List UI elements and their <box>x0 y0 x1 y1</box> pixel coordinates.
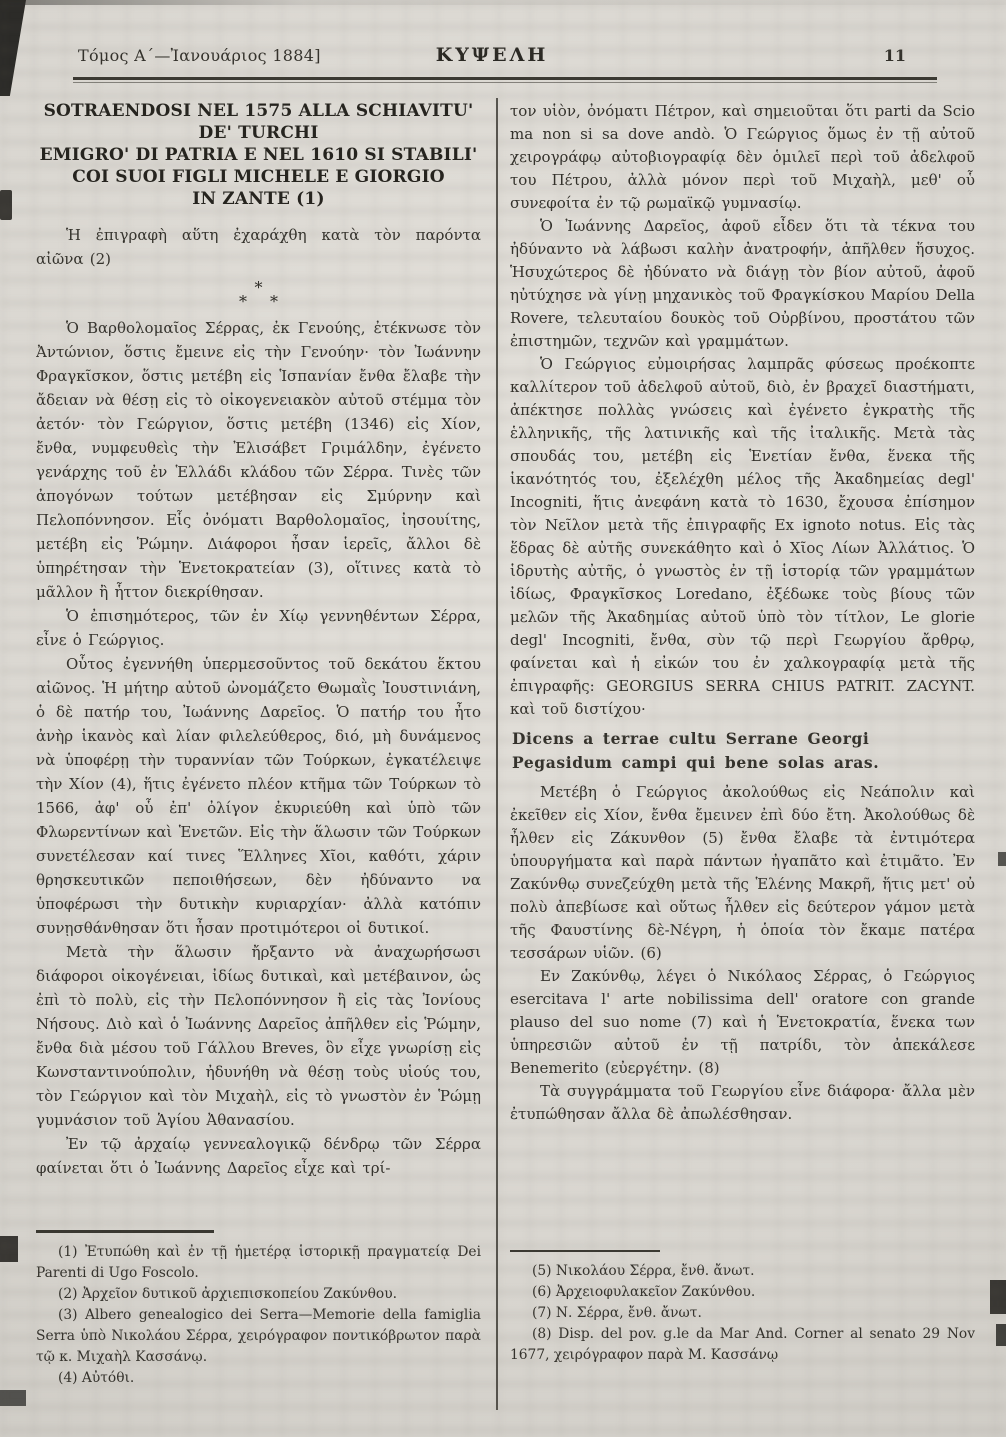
column-divider-rule <box>496 98 498 1410</box>
left-paragraph-4: Μετὰ τὴν ἅλωσιν ἤρξαντο νὰ ἀναχωρήσωσι δ… <box>36 940 481 1132</box>
left-footnotes-block: (1) Ἐτυπώθη καὶ ἐν τῇ ἡμετέρᾳ ἱστορικῇ π… <box>36 1230 481 1389</box>
right-footnotes-block: (5) Νικολάου Σέρρα, ἔνθ. ἄνωτ. (6) Ἀρχει… <box>510 1250 975 1366</box>
article-title: SOTRAENDOSI NEL 1575 ALLA SCHIAVITU' DE'… <box>36 100 481 210</box>
footnote-7: (7) Ν. Σέρρα, ἔνθ. ἄνωτ. <box>510 1303 975 1324</box>
footnote-4: (4) Αὐτόθι. <box>36 1368 481 1389</box>
right-paragraph-1: τον υἱὸν, ὀνόματι Πέτρον, καὶ σημειοῦται… <box>510 100 975 215</box>
distich-line-2: Pegasidum campi qui bene solas aras. <box>512 751 975 775</box>
scan-artifact-top-edge <box>0 0 1006 5</box>
footnote-2: (2) Ἀρχεῖον δυτικοῦ ἀρχιεπισκοπείου Ζακύ… <box>36 1284 481 1305</box>
scanned-journal-page: Τόμος Α´—Ἰανουάριος 1884] ΚΥΨΕΛΗ 11 SOTR… <box>0 0 1006 1437</box>
header-volume-date: Τόμος Α´—Ἰανουάριος 1884] <box>78 46 408 65</box>
scan-artifact-right-edge-2 <box>990 1280 1006 1314</box>
footnote-3: (3) Albero genealogico dei Serra—Memorie… <box>36 1305 481 1368</box>
left-footnote-rule <box>36 1230 214 1233</box>
left-paragraph-2: Ὁ ἐπισημότερος, τῶν ἐν Χίῳ γεννηθέντων Σ… <box>36 604 481 652</box>
page-number: 11 <box>576 46 934 65</box>
right-paragraph-2: Ὁ Ἰωάννης Δαρεῖος, ἀφοῦ εἶδεν ὅτι τὰ τέκ… <box>510 215 975 353</box>
article-title-line-1: SOTRAENDOSI NEL 1575 ALLA SCHIAVITU' <box>36 100 481 122</box>
header-rule-thick <box>73 77 937 80</box>
footnote-5: (5) Νικολάου Σέρρα, ἔνθ. ἄνωτ. <box>510 1261 975 1282</box>
right-paragraph-5: Εν Ζακύνθῳ, λέγει ὁ Νικόλαος Σέρρας, ὁ Γ… <box>510 965 975 1080</box>
footnote-1: (1) Ἐτυπώθη καὶ ἐν τῇ ἡμετέρᾳ ἱστορικῇ π… <box>36 1242 481 1284</box>
article-title-line-4: COI SUOI FIGLI MICHELE E GIORGIO <box>36 166 481 188</box>
header-rule-thin <box>73 82 937 83</box>
right-paragraph-6: Τὰ συγγράμματα τοῦ Γεωργίου εἶνε διάφορα… <box>510 1080 975 1126</box>
right-column-body: τον υἱὸν, ὀνόματι Πέτρον, καὶ σημειοῦται… <box>510 100 975 1126</box>
left-paragraph-5: Ἐν τῷ ἀρχαίῳ γεννεαλογικῷ δένδρῳ τῶν Σέρ… <box>36 1132 481 1180</box>
intro-note: Ἡ ἐπιγραφὴ αὕτη ἐχαράχθη κατὰ τὸν παρόντ… <box>36 223 481 271</box>
article-title-line-5: IN ZANTE (1) <box>36 188 481 210</box>
footnote-8: (8) Disp. del pov. g.le da Mar And. Corn… <box>510 1324 975 1366</box>
right-footnote-rule <box>510 1250 660 1252</box>
article-title-line-3: EMIGRO' DI PATRIA E NEL 1610 SI STABILI' <box>36 144 481 166</box>
scan-artifact-left-edge-3 <box>0 1390 26 1406</box>
left-column-body: SOTRAENDOSI NEL 1575 ALLA SCHIAVITU' DE'… <box>36 100 481 1180</box>
page-header: Τόμος Α´—Ἰανουάριος 1884] ΚΥΨΕΛΗ 11 <box>78 44 934 66</box>
asterism-divider: * * * <box>36 281 481 310</box>
right-column: τον υἱὸν, ὀνόματι Πέτρον, καὶ σημειοῦται… <box>510 100 975 1420</box>
distich-line-1: Dicens a terrae cultu Serrane Georgi <box>512 727 975 751</box>
article-title-line-2: DE' TURCHI <box>36 122 481 144</box>
right-paragraph-4: Μετέβη ὁ Γεώργιος ἀκολούθως εἰς Νεάπολιν… <box>510 781 975 965</box>
scan-artifact-left-edge-2 <box>0 1236 18 1262</box>
journal-title: ΚΥΨΕΛΗ <box>408 44 576 66</box>
scan-artifact-right-edge-3 <box>996 1324 1006 1346</box>
latin-distich: Dicens a terrae cultu Serrane Georgi Peg… <box>512 727 975 775</box>
asterism-bottom: * * <box>36 294 481 310</box>
scan-artifact-right-edge-1 <box>998 852 1006 866</box>
left-column: SOTRAENDOSI NEL 1575 ALLA SCHIAVITU' DE'… <box>36 100 481 1415</box>
scan-artifact-top-left-corner <box>0 0 26 96</box>
left-paragraph-1: Ὁ Βαρθολομαῖος Σέρρας, ἐκ Γενούης, ἐτέκν… <box>36 316 481 604</box>
header-rule <box>73 77 937 83</box>
intro-paragraph: Ἡ ἐπιγραφὴ αὕτη ἐχαράχθη κατὰ τὸν παρόντ… <box>36 223 481 271</box>
scan-artifact-left-edge-1 <box>0 190 12 220</box>
footnote-6: (6) Ἀρχειοφυλακεῖον Ζακύνθου. <box>510 1282 975 1303</box>
left-paragraph-3: Οὗτος ἐγεννήθη ὑπερμεσοῦντος τοῦ δεκάτου… <box>36 652 481 940</box>
right-paragraph-3: Ὁ Γεώργιος εὐμοιρήσας λαμπρᾶς φύσεως προ… <box>510 353 975 721</box>
